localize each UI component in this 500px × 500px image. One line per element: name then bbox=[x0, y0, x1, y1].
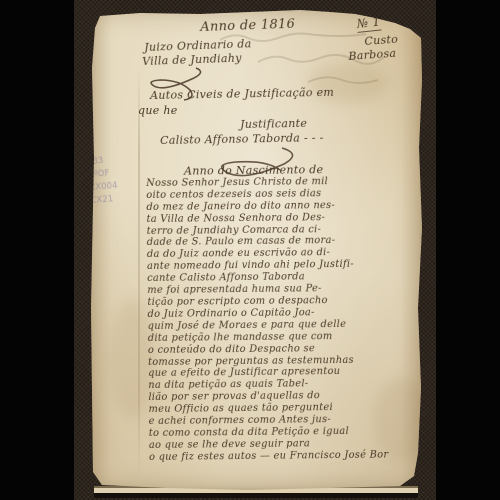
body-text: Anno do Nascimento de Nosso Senhor Jesus… bbox=[146, 163, 388, 463]
role-label: Justificante bbox=[240, 117, 307, 131]
case-title-line2: que he bbox=[138, 104, 178, 117]
year-heading: Anno de 1816 bbox=[200, 17, 295, 35]
manuscript-photo: Anno de 1816 № 1 Custo Barbosa Juizo Ord… bbox=[0, 0, 500, 500]
case-title-line1: Autos Civeis de Justificação em bbox=[150, 86, 334, 102]
corner-note-custo: Custo bbox=[364, 33, 399, 48]
corner-note-barbosa: Barbosa bbox=[348, 47, 397, 63]
body-line: o que fiz estes autos — eu Francisco Jos… bbox=[149, 449, 388, 463]
manuscript-page: Anno de 1816 № 1 Custo Barbosa Juizo Ord… bbox=[88, 8, 424, 490]
margin-code: CX21 bbox=[90, 193, 119, 208]
paper-crease bbox=[138, 68, 140, 478]
